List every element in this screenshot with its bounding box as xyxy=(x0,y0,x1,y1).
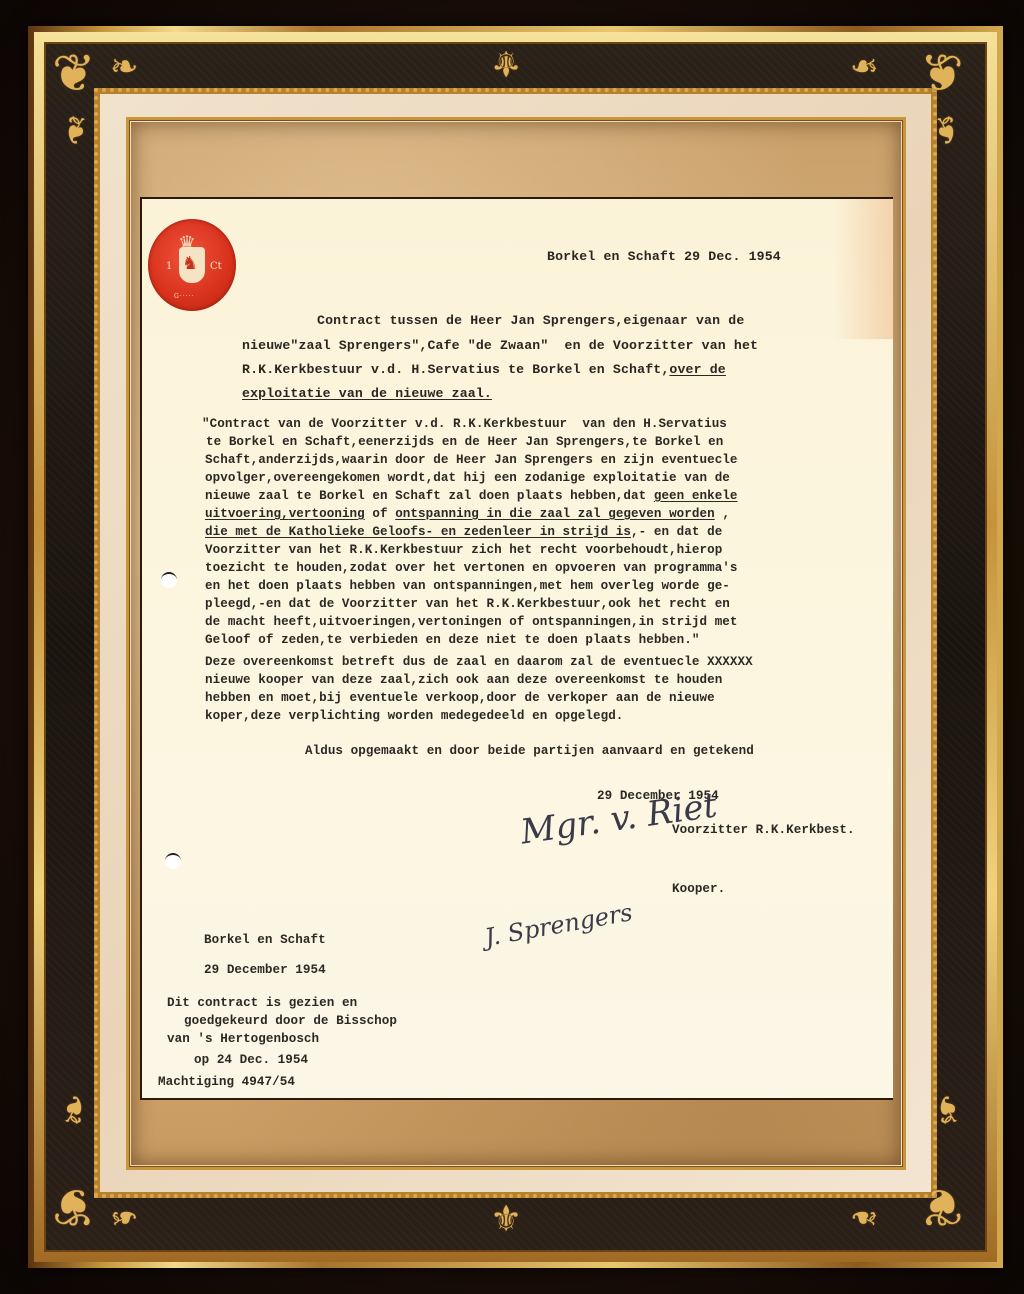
revenue-stamp-seal: ♛ ♞ 1 Ct G····· xyxy=(148,219,236,311)
center-ornament-bottom-icon: ⚜ xyxy=(490,1202,522,1238)
approval-line: goedgekeurd door de Bisschop xyxy=(184,1014,397,1028)
title-line: nieuwe"zaal Sprengers",Cafe "de Zwaan" e… xyxy=(242,338,758,353)
approval-date: op 24 Dec. 1954 xyxy=(194,1053,308,1067)
title-underlined-text: over de xyxy=(669,362,725,377)
body-underlined-text: die met de Katholieke Geloofs- en zedenl… xyxy=(205,525,631,539)
authorization-number: Machtiging 4947/54 xyxy=(158,1075,295,1089)
agreement-line: Deze overeenkomst betreft dus de zaal en… xyxy=(205,655,753,669)
corner-ornament-top-right-icon: ❦ xyxy=(920,48,964,100)
corner-ornament-bottom-right-icon: ❦ xyxy=(920,1180,964,1232)
punch-hole xyxy=(165,853,181,869)
body-line: nieuwe zaal te Borkel en Schaft zal doen… xyxy=(205,489,738,503)
body-underlined-text: uitvoering, xyxy=(205,507,289,521)
corner-ornament-bottom-left-icon: ❦ xyxy=(52,1180,96,1232)
signatory-role-buyer: Kooper. xyxy=(672,882,725,896)
stamp-text: G····· xyxy=(174,293,194,300)
body-text: nieuwe zaal te Borkel en Schaft zal doen… xyxy=(205,489,654,503)
scroll-ornament-icon: ❧ xyxy=(110,50,139,84)
title-line: exploitatie van de nieuwe zaal. xyxy=(242,386,492,401)
lion-icon: ♞ xyxy=(182,253,198,274)
contract-document: ♛ ♞ 1 Ct G····· Borkel en Schaft 29 Dec.… xyxy=(140,197,893,1100)
body-underlined-text: geen enkele xyxy=(654,489,738,503)
scroll-ornament-icon: ❧ xyxy=(55,113,95,147)
signatory-role-chairman: Voorzitter R.K.Kerkbest. xyxy=(672,823,855,837)
body-underlined-text: vertooning xyxy=(289,507,365,521)
scroll-ornament-icon: ❧ xyxy=(110,1200,139,1234)
scroll-ornament-icon: ❧ xyxy=(55,1093,95,1127)
body-line: "Contract van de Voorzitter v.d. R.K.Ker… xyxy=(202,417,727,431)
body-line: te Borkel en Schaft,eenerzijds en de Hee… xyxy=(206,435,723,449)
agreement-line: hebben en moet,bij eventuele verkoop,doo… xyxy=(205,691,715,705)
body-line: toezicht te houden,zodat over het verton… xyxy=(205,561,738,575)
signature-buyer: J. Sprengers xyxy=(483,898,635,952)
body-underlined-text: ontspanning in die zaal zal gegeven word… xyxy=(395,507,715,521)
stamp-currency: Ct xyxy=(210,261,222,272)
corner-ornament-top-left-icon: ❦ xyxy=(52,48,96,100)
center-ornament-top-icon: ⚜ xyxy=(490,44,522,80)
punch-hole xyxy=(161,572,177,588)
body-line: en het doen plaats hebben van ontspannin… xyxy=(205,579,730,593)
body-line: de macht heeft,uitvoeringen,vertoningen … xyxy=(205,615,738,629)
header-place-date: Borkel en Schaft 29 Dec. 1954 xyxy=(547,249,781,264)
title-text: R.K.Kerkbestuur v.d. H.Servatius te Bork… xyxy=(242,362,669,377)
body-line: Voorzitter van het R.K.Kerkbestuur zich … xyxy=(205,543,722,557)
scroll-ornament-icon: ❧ xyxy=(927,113,967,147)
closing-line: Aldus opgemaakt en door beide partijen a… xyxy=(305,744,754,758)
approval-line: van 's Hertogenbosch xyxy=(167,1032,319,1046)
title-line: Contract tussen de Heer Jan Sprengers,ei… xyxy=(317,313,744,328)
stamp-value: 1 xyxy=(166,261,172,272)
body-line: uitvoering,vertooning of ontspanning in … xyxy=(205,507,730,521)
body-text: ,- en dat de xyxy=(631,525,722,539)
scroll-ornament-icon: ❧ xyxy=(927,1093,967,1127)
footer-place: Borkel en Schaft xyxy=(204,933,326,947)
scroll-ornament-icon: ❧ xyxy=(850,50,879,84)
body-line: Geloof of zeden,te verbieden en deze nie… xyxy=(205,633,700,647)
body-text: , xyxy=(715,507,730,521)
footer-date: 29 December 1954 xyxy=(204,963,326,977)
agreement-line: nieuwe kooper van deze zaal,zich ook aan… xyxy=(205,673,722,687)
body-text: of xyxy=(365,507,395,521)
body-line: Schaft,anderzijds,waarin door de Heer Ja… xyxy=(205,453,738,467)
scroll-ornament-icon: ❧ xyxy=(850,1200,879,1234)
body-line: opvolger,overeengekomen wordt,dat hij ee… xyxy=(205,471,730,485)
approval-line: Dit contract is gezien en xyxy=(167,996,357,1010)
body-line: die met de Katholieke Geloofs- en zedenl… xyxy=(205,525,722,539)
body-line: pleegd,-en dat de Voorzitter van het R.K… xyxy=(205,597,730,611)
agreement-line: koper,deze verplichting worden medegedee… xyxy=(205,709,623,723)
title-line: R.K.Kerkbestuur v.d. H.Servatius te Bork… xyxy=(242,362,726,377)
